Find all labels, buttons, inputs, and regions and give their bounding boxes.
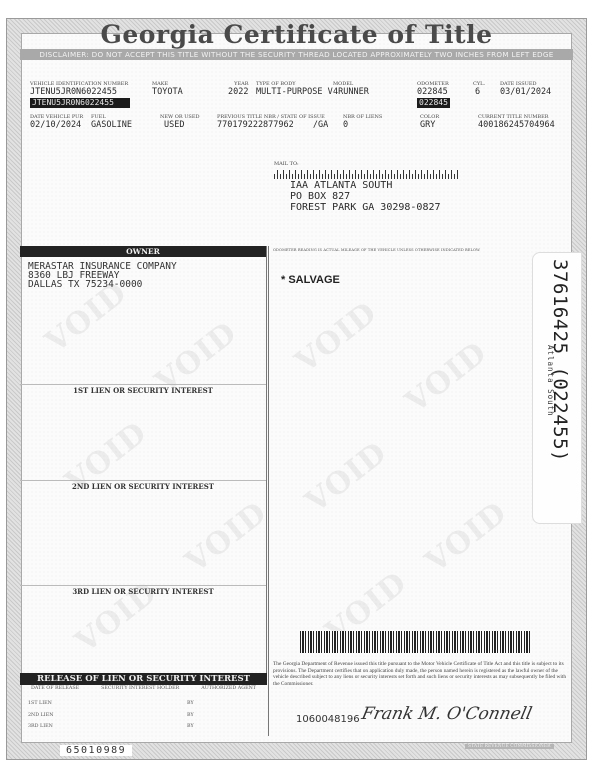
control-number: 1060048196: [296, 714, 360, 725]
serial-number: 65010989: [60, 745, 132, 756]
lien-1-header: 1ST LIEN OR SECURITY INTEREST: [20, 384, 266, 396]
vin-highlight: JTENU5JR0N6022455: [30, 98, 130, 108]
previous-title-field: Previous Title Nbr / State of Issue 7701…: [217, 114, 328, 130]
make-value: TOYOTA: [152, 87, 183, 97]
model-value: 4RUNNER: [333, 87, 369, 97]
release-row-1: 1ST LIEN: [28, 701, 52, 706]
auction-sticker: 37616425 (022455) Atlanta South: [532, 252, 582, 524]
date-purchased-field: Date Vehicle Pur 02/10/2024: [30, 114, 83, 130]
date-purchased-value: 02/10/2024: [30, 120, 83, 130]
date-issued-field: Date Issued 03/01/2024: [500, 81, 551, 97]
owner-section: Owner MERASTAR INSURANCE COMPANY 8360 LB…: [20, 246, 267, 673]
previous-title-state: /GA: [313, 120, 328, 130]
release-of-lien-section: Release of Lien or Security Interest DAT…: [20, 673, 267, 736]
vin-value: JTENU5JR0N6022455: [30, 87, 128, 97]
release-header: Release of Lien or Security Interest: [20, 673, 267, 685]
odometer-value: 022845: [417, 87, 449, 97]
year-field: Year 2022: [228, 81, 248, 97]
date-issued-value: 03/01/2024: [500, 87, 551, 97]
brand-salvage: * SALVAGE: [281, 274, 340, 286]
lien-2-header: 2ND LIEN OR SECURITY INTEREST: [20, 480, 266, 492]
odometer-field: Odometer 022845: [417, 81, 449, 97]
disclaimer-banner: DISCLAIMER: DO NOT ACCEPT THIS TITLE WIT…: [20, 49, 573, 60]
title-barcode: [300, 631, 532, 653]
sticker-location: Atlanta South: [546, 345, 555, 417]
odometer-highlight: 022845: [417, 98, 450, 108]
liens-count-value: 0: [343, 120, 382, 130]
release-col-agent: AUTHORIZED AGENT: [201, 686, 256, 691]
make-field: Make TOYOTA: [152, 81, 183, 97]
mail-to-label: MAIL TO:: [274, 161, 299, 167]
liens-count-field: Nbr of Liens 0: [343, 114, 382, 130]
revenue-commissioner-label: STATE REVENUE COMMISSIONER: [465, 744, 554, 749]
postal-barcode: [274, 170, 460, 179]
commissioner-signature: Frank M. O'Connell: [360, 704, 534, 724]
cylinders-field: Cyl. 6: [473, 81, 485, 97]
owner-address: MERASTAR INSURANCE COMPANY 8360 LBJ FREE…: [28, 262, 177, 289]
release-row-2: 2ND LIEN: [28, 713, 53, 718]
year-value: 2022: [228, 87, 248, 97]
body-type-value: MULTI-PURPOSE V: [256, 87, 333, 97]
cylinders-value: 6: [473, 87, 485, 97]
release-row-2-by: BY: [187, 713, 194, 718]
previous-title-value: 770179222877962: [217, 120, 294, 130]
certification-text: The Georgia Department of Revenue issued…: [273, 661, 573, 687]
new-used-field: New or Used USED: [160, 114, 200, 130]
release-row-3-by: BY: [187, 724, 194, 729]
release-col-holder: SECURITY INTEREST HOLDER: [101, 686, 179, 691]
lien-3-header: 3RD LIEN OR SECURITY INTEREST: [20, 585, 266, 597]
new-used-value: USED: [160, 120, 200, 130]
release-row-1-by: BY: [187, 701, 194, 706]
fuel-value: GASOLINE: [91, 120, 132, 130]
vin-field: Vehicle Identification Number JTENU5JR0N…: [30, 81, 128, 97]
color-field: Color GRY: [420, 114, 439, 130]
model-field: Model 4RUNNER: [333, 81, 369, 97]
current-title-value: 400186245704964: [478, 120, 555, 130]
color-value: GRY: [420, 120, 439, 130]
owner-header: Owner: [20, 246, 266, 257]
odometer-note: ODOMETER READING IS ACTUAL MILEAGE OF TH…: [273, 248, 480, 252]
fuel-field: Fuel GASOLINE: [91, 114, 132, 130]
current-title-field: Current Title Number 400186245704964: [478, 114, 555, 130]
body-type-field: Type of Body MULTI-PURPOSE V: [256, 81, 333, 97]
release-col-date: DATE OF RELEASE: [31, 686, 79, 691]
mail-to-address: IAA ATLANTA SOUTH PO BOX 827 FOREST PARK…: [290, 180, 441, 213]
document-title: Georgia Certificate of Title: [0, 20, 593, 49]
release-row-3: 3RD LIEN: [28, 724, 53, 729]
